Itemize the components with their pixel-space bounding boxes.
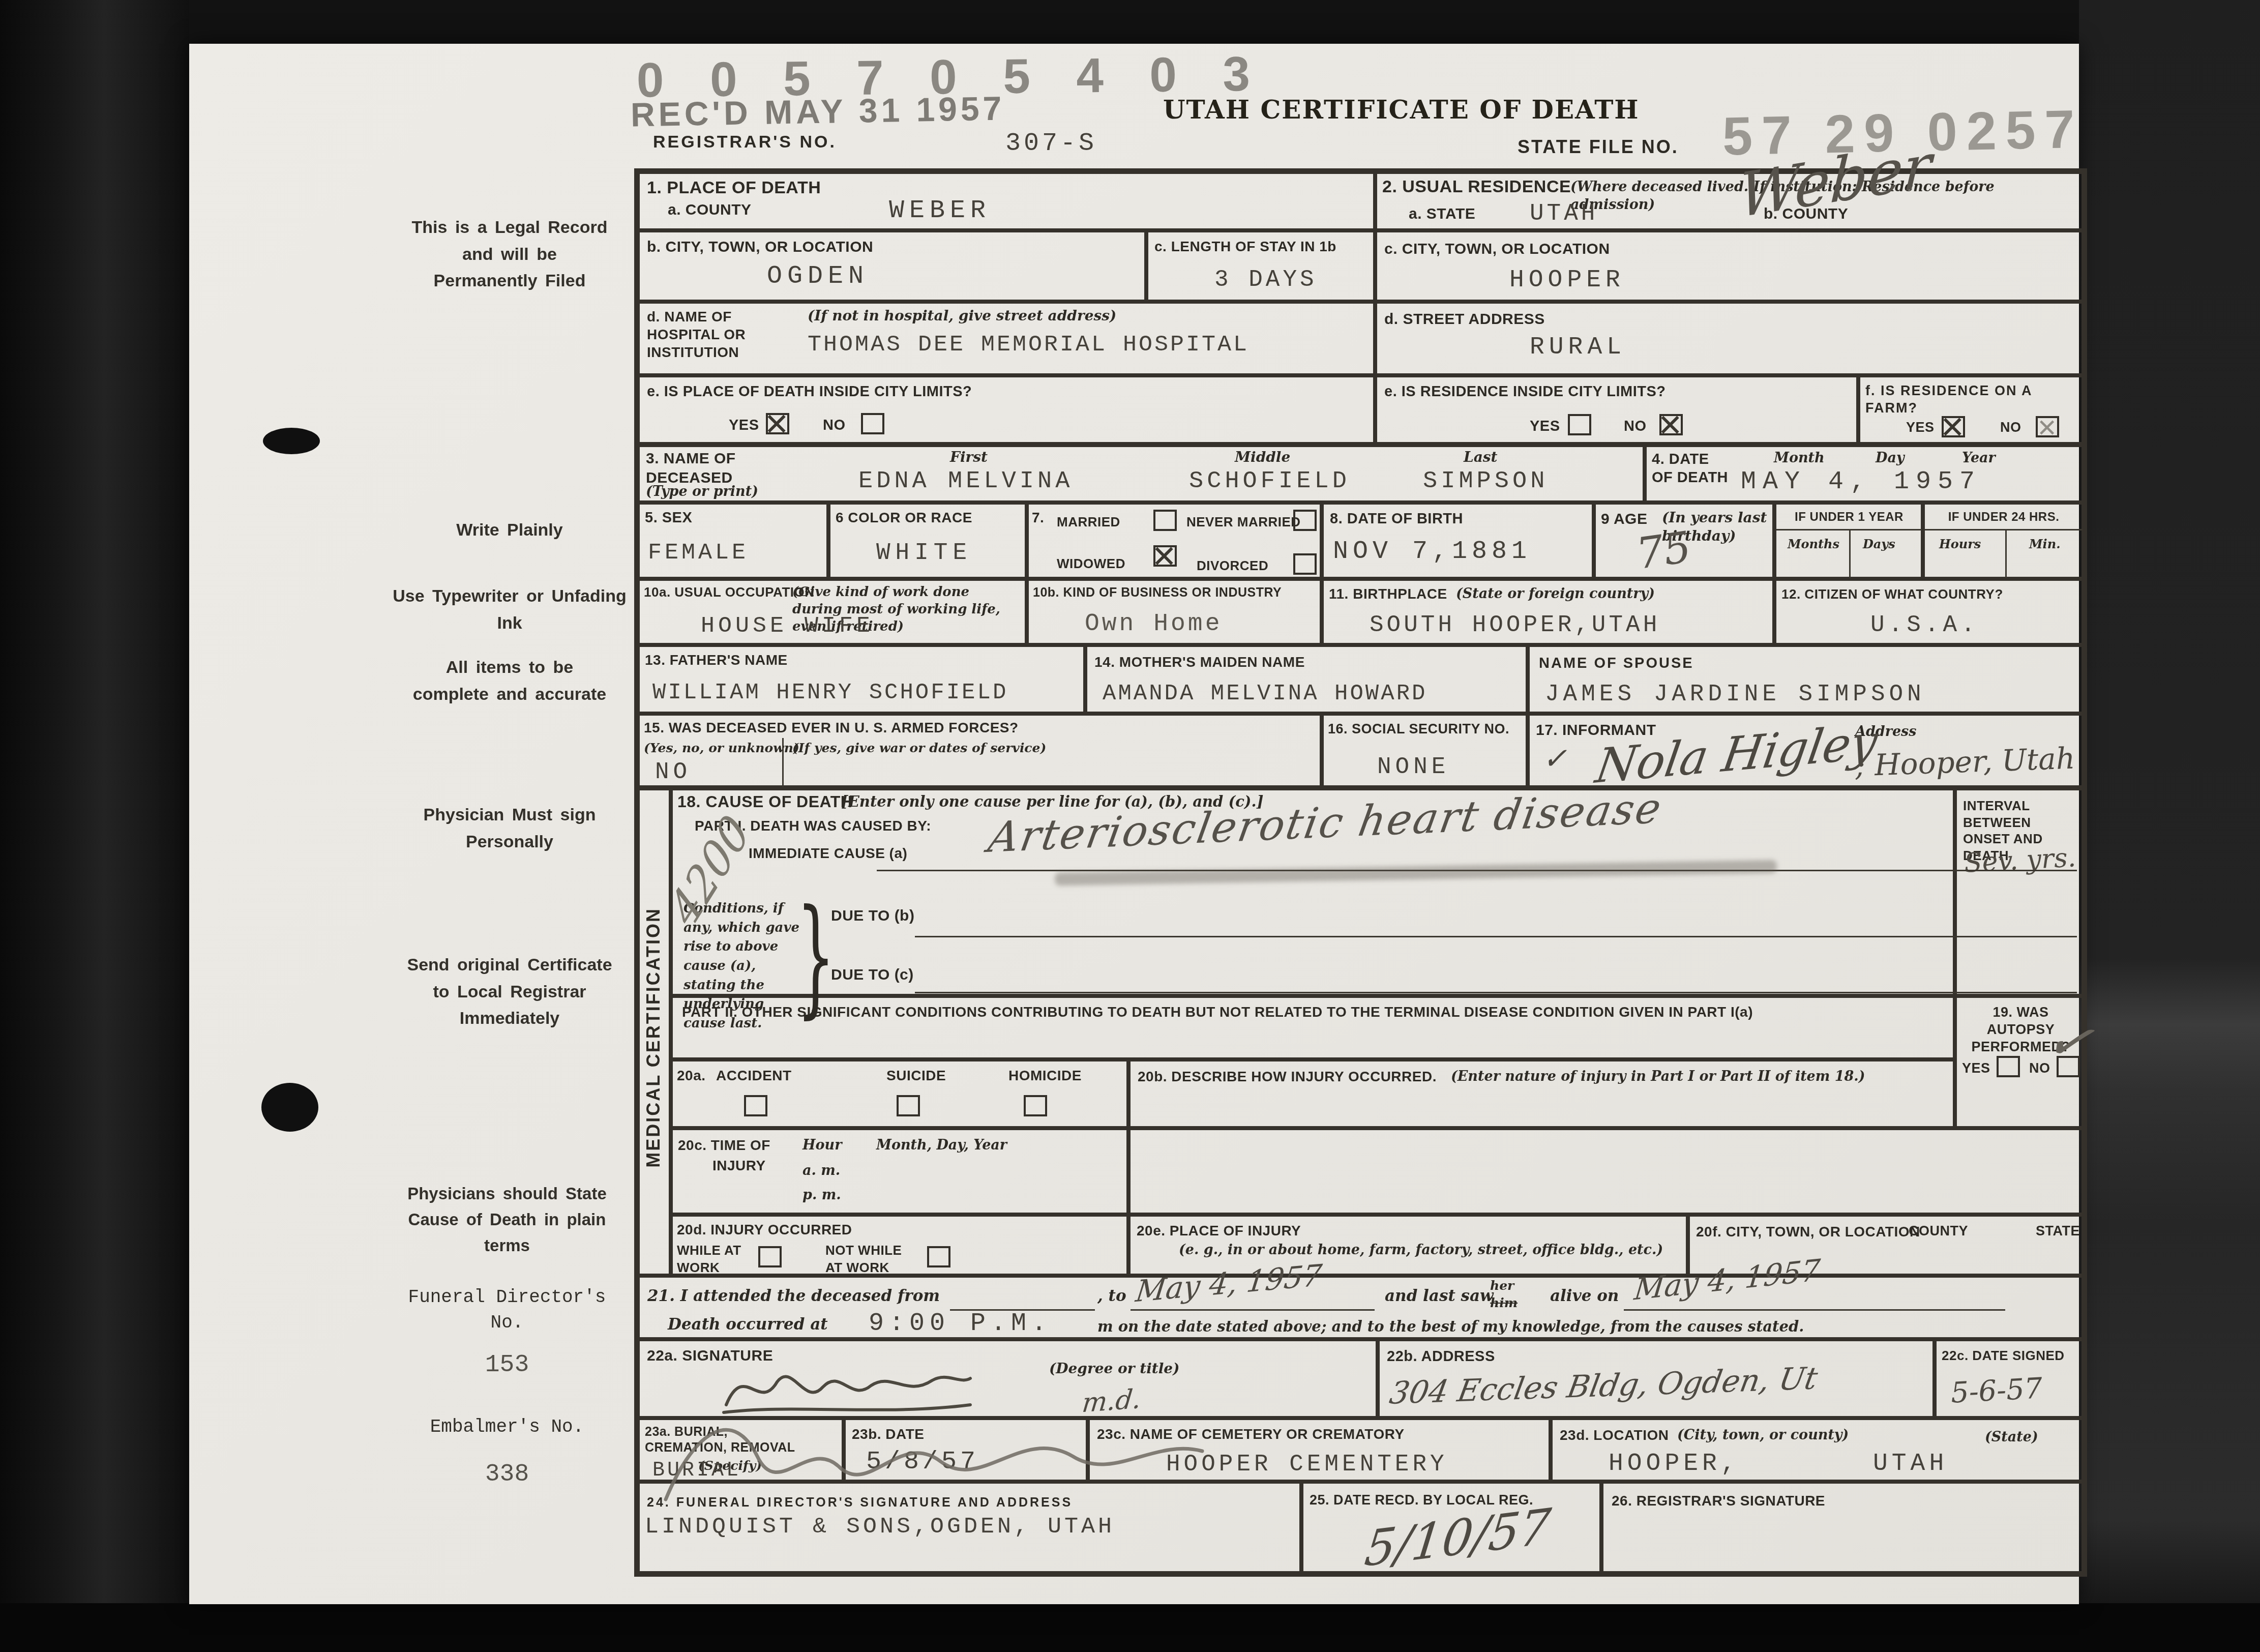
degree-title-header: (Degree or title) [1049,1360,1179,1378]
cell-autopsy: 19. WAS AUTOPSY PERFORMED? YES NO ✓ [1955,996,2084,1128]
cell-burial-location: 23d. LOCATION (City, town, or county) (S… [1551,1418,2084,1482]
ssn-value: NONE [1377,755,1449,779]
cell-part2: PART II. OTHER SIGNIFICANT CONDITIONS CO… [671,996,1955,1059]
length-of-stay-label: c. LENGTH OF STAY IN 1b [1154,238,1373,255]
margin-note-write-plainly: Write Plainly [408,517,611,544]
spouse-label: NAME OF SPOUSE [1539,654,1694,672]
margin-note-plain-terms: Physicians should State Cause of Death i… [385,1181,629,1258]
how-injury-label: 20b. DESCRIBE HOW INJURY OCCURRED. [1138,1068,1437,1085]
cell-sex: 5. SEX FEMALE [638,503,828,579]
suicide-label: SUICIDE [886,1067,946,1084]
name-hint: (Type or print) [646,483,758,500]
place-county-label: a. COUNTY [668,200,752,220]
name-last-header: Last [1464,448,1498,466]
hospital-hint: (If not in hospital, give street address… [808,307,1116,325]
mother-label: 14. MOTHER'S MAIDEN NAME [1094,653,1305,671]
not-while-work-checkbox [927,1246,950,1267]
cell-hospital: d. NAME OF HOSPITAL OR INSTITUTION (If n… [638,302,1375,375]
date-signed-label: 22c. DATE SIGNED [1942,1347,2081,1364]
cell-marital-status: 7. MARRIED NEVER MARRIED WIDOWED DIVORCE… [1027,503,1322,579]
occupation-label: 10a. USUAL OCCUPATION [644,584,815,601]
divorced-checkbox [1293,553,1317,575]
accident-number: 20a. [677,1067,706,1084]
farm-label: f. IS RESIDENCE ON A FARM? [1865,382,2084,417]
punch-hole-top [263,428,320,454]
not-while-label: NOT WHILE [825,1242,902,1259]
days-header: Days [1863,536,1895,552]
cell-medical-strip: MEDICAL CERTIFICATION [638,787,671,1276]
interval-value-handwritten: Sev. yrs. [1964,844,2077,876]
funeral-directors-no-label: Funeral Director's No. [393,1285,621,1336]
farm-yes-label: YES [1906,419,1935,436]
cell-mother: 14. MOTHER'S MAIDEN NAME AMANDA MELVINA … [1085,645,1528,714]
residence-city-label: c. CITY, TOWN, OR LOCATION [1384,240,1610,259]
widowed-checkbox [1153,545,1177,567]
cell-length-of-stay: c. LENGTH OF STAY IN 1b 3 DAYS [1146,230,1375,302]
certificate-paper: This is a Legal Record and will be Perma… [189,44,2079,1604]
cell-registrar-signature: 26. REGISTRAR'S SIGNATURE [1601,1482,2084,1573]
citizen-value: U.S.A. [1870,613,1979,637]
punch-hole-bottom [261,1083,318,1132]
name-last-value: SIMPSON [1423,469,1548,493]
dod-day-header: Day [1876,449,1905,467]
injury-city-label: 20f. CITY, TOWN, OR LOCATION [1696,1223,1920,1241]
pm-label: p. m. [802,1186,841,1204]
injury-occurred-label: 20d. INJURY OCCURRED [677,1221,852,1238]
attended-text-4: alive on [1550,1286,1619,1306]
hours-header: Hours [1939,536,1981,552]
cell-place-city-limits: e. IS PLACE OF DEATH INSIDE CITY LIMITS?… [638,375,1375,444]
date-signed-handwritten: 5-6-57 [1950,1374,2043,1407]
cause-of-death-label: 18. CAUSE OF DEATH [677,791,852,812]
attended-her: her [1490,1278,1514,1294]
birthplace-hint: (State or foreign country) [1456,585,1655,603]
margin-note-physician-sign: Physician Must sign Personally [408,802,611,855]
suicide-checkbox [897,1095,920,1116]
date-received-handwritten: 5/10/57 [1362,1502,1553,1575]
industry-label: 10b. KIND OF BUSINESS OR INDUSTRY [1033,585,1318,601]
state-file-no-label: STATE FILE NO. [1518,135,1679,158]
cell-date-signed: 22c. DATE SIGNED 5-6-57 [1935,1339,2084,1418]
mdy-header: Month, Day, Year [876,1136,1007,1154]
cell-place-city: b. CITY, TOWN, OR LOCATION OGDEN [638,230,1146,302]
homicide-checkbox [1024,1095,1047,1116]
married-label: MARRIED [1057,514,1120,530]
informant-address-handwritten: ; Hooper, Utah [1855,743,2075,780]
place-limits-label: e. IS PLACE OF DEATH INSIDE CITY LIMITS? [647,382,972,401]
forces-label: 15. WAS DECEASED EVER IN U. S. ARMED FOR… [644,719,1019,736]
cell-ssn: 16. SOCIAL SECURITY NO. NONE [1322,714,1528,787]
never-married-label: NEVER MARRIED [1186,514,1301,530]
homicide-label: HOMICIDE [1008,1067,1082,1084]
cell-armed-forces: 15. WAS DECEASED EVER IN U. S. ARMED FOR… [638,714,1322,787]
dod-label: 4. DATE OF DEATH [1652,450,1733,487]
age-label: 9 AGE [1601,510,1647,529]
certificate-title: UTAH CERTIFICATE OF DEATH [1163,95,1640,125]
burial-state-value: UTAH [1873,1452,1948,1476]
never-married-checkbox [1293,510,1317,531]
place-city-label: b. CITY, TOWN, OR LOCATION [647,238,873,257]
sex-label: 5. SEX [645,509,692,527]
am-label: a. m. [802,1162,840,1179]
spouse-value: JAMES JARDINE SIMPSON [1545,683,1925,706]
how-injury-hint: (Enter nature of injury in Part I or Par… [1451,1068,1865,1085]
embalmers-no-value: 338 [393,1458,621,1492]
scan-background-bottom [0,1603,2260,1652]
cell-20b: 20b. DESCRIBE HOW INJURY OCCURRED. (Ente… [1128,1059,1955,1128]
race-label: 6 COLOR OR RACE [836,509,972,526]
dod-value: MAY 4, 1957 [1741,469,1981,495]
widowed-label: WIDOWED [1057,555,1125,572]
cell-20e: 20e. PLACE OF INJURY (e. g., in or about… [1128,1215,1688,1276]
attended-text-3: and last saw [1385,1286,1494,1306]
place-limits-yes-label: YES [729,416,759,434]
citizen-label: 12. CITIZEN OF WHAT COUNTRY? [1781,586,2081,603]
scan-background-left [0,0,189,1652]
divorced-label: DIVORCED [1197,557,1268,574]
birthplace-label: 11. BIRTHPLACE [1329,585,1447,603]
race-value: WHITE [876,541,972,565]
funeral-directors-no-value: 153 [393,1348,621,1382]
physician-address-label: 22b. ADDRESS [1387,1347,1495,1366]
cell-race: 6 COLOR OR RACE WHITE [828,503,1027,579]
margin-note-send-original: Send original Certificate to Local Regis… [403,952,616,1032]
under-24-hrs-header: IF UNDER 24 HRS. [1925,510,2083,525]
cell-place-of-death: 1. PLACE OF DEATH a. COUNTY WEBER [638,172,1375,230]
name-first-value: EDNA MELVINA [858,469,1073,493]
registrar-signature-label: 26. REGISTRAR'S SIGNATURE [1612,1492,1825,1510]
medical-certification-label: MEDICAL CERTIFICATION [643,907,664,1168]
cell-physician-address: 22b. ADDRESS 304 Eccles Bldg, Ogden, Ut [1378,1339,1935,1418]
cell-father: 13. FATHER'S NAME WILLIAM HENRY SCHOFIEL… [638,645,1085,714]
margin-note-use-typewriter: Use Typewriter or Unfading Ink [393,583,627,636]
not-while-work-label: AT WORK [825,1259,889,1276]
cell-attended: 21. I attended the deceased from , to Ma… [638,1276,2084,1339]
immediate-cause-label: IMMEDIATE CAUSE (a) [749,844,907,862]
place-city-value: OGDEN [767,264,869,289]
res-limits-no-checkbox [1659,414,1683,435]
dob-label: 8. DATE OF BIRTH [1330,510,1463,528]
cell-farm: f. IS RESIDENCE ON A FARM? YES NO [1858,375,2084,444]
res-limits-yes-label: YES [1530,417,1560,435]
cell-date-of-death: 4. DATE OF DEATH Month Day Year MAY 4, 1… [1645,444,2084,503]
while-work-label: WORK [677,1259,720,1276]
place-limits-no-checkbox [861,413,884,434]
accident-label: ACCIDENT [716,1067,792,1084]
dob-value: NOV 7,1881 [1333,539,1531,565]
residence-state-label: a. STATE [1409,204,1475,224]
part2-label: PART II. OTHER SIGNIFICANT CONDITIONS CO… [682,1003,1948,1021]
res-limits-label: e. IS RESIDENCE INSIDE CITY LIMITS? [1384,382,1666,401]
certificate-form: 1. PLACE OF DEATH a. COUNTY WEBER 2. USU… [634,168,2087,1577]
cell-20c: 20c. TIME OF INJURY Hour Month, Day, Yea… [671,1128,1128,1215]
place-county-value: WEBER [889,198,991,224]
received-date-stamp: REC'D MAY 31 1957 [630,92,1005,132]
time-injury-label: 20c. TIME OF [678,1136,770,1154]
cell-usual-residence: 2. USUAL RESIDENCE (Where deceased lived… [1375,172,2084,230]
while-work-checkbox [758,1246,782,1267]
burial-location-label: 23d. LOCATION [1560,1426,1669,1444]
name-middle-value: SCHOFIELD [1189,469,1350,493]
accident-checkbox [744,1095,767,1116]
ssn-label: 16. SOCIAL SECURITY NO. [1328,721,1526,738]
residence-city-value: HOOPER [1509,268,1625,292]
father-value: WILLIAM HENRY SCHOFIELD [652,682,1008,704]
place-limits-yes-checkbox [766,413,789,434]
street-address-value: RURAL [1530,335,1626,360]
death-occurred-rest: m on the date stated above; and to the b… [1097,1317,1804,1337]
funeral-director-signature-scrawl [653,1390,1212,1522]
place-injury-label: 20e. PLACE OF INJURY [1137,1222,1301,1240]
industry-value: Own Home [1085,610,1222,638]
hour-header: Hour [802,1136,842,1154]
injury-county-header: COUNTY [1909,1223,1968,1240]
injury-state-header: STATE [2036,1223,2080,1240]
hospital-label: d. NAME OF HOSPITAL OR INSTITUTION [647,308,799,361]
cell-20c-rest [1128,1128,2084,1215]
name-label: 3. NAME OF DECEASED [646,449,778,487]
residence-state-value: UTAH [1530,202,1598,225]
margin-note-all-items: All items to be complete and accurate [408,654,611,707]
cell-age: 9 AGE (In years last birthday) 75 [1594,503,1774,579]
place-of-death-title: 1. PLACE OF DEATH [647,177,821,199]
place-limits-no-label: NO [823,416,846,434]
length-of-stay-value: 3 DAYS [1214,268,1317,291]
registrars-no-label: REGISTRAR'S NO. [653,131,837,153]
name-middle-header: Middle [1235,448,1290,466]
burial-location-hint: (City, town, or county) [1677,1426,1849,1444]
father-label: 13. FATHER'S NAME [645,651,788,669]
dod-year-header: Year [1962,449,1996,467]
cell-under-1-year: IF UNDER 1 YEAR Months Days [1774,503,1923,579]
death-occurred-label: Death occurred at [668,1314,828,1335]
cell-20d: 20d. INJURY OCCURRED WHILE AT WORK NOT W… [671,1215,1128,1276]
forces-hint1: (Yes, no, or unknown) [644,740,799,757]
due-to-b-label: DUE TO (b) [831,906,914,926]
birthplace-value: SOUTH HOOPER,UTAH [1370,613,1660,637]
cell-spouse: NAME OF SPOUSE JAMES JARDINE SIMPSON [1528,645,2084,714]
date-received-label: 25. DATE RECD. BY LOCAL REG. [1310,1492,1599,1509]
death-time-value: 9:00 P.M. [869,1311,1052,1337]
marital-number: 7. [1032,509,1044,526]
cell-name-of-deceased: 3. NAME OF DECEASED (Type or print) Firs… [638,444,1645,503]
sex-value: FEMALE [648,541,749,564]
cell-date-received: 25. DATE RECD. BY LOCAL REG. 5/10/57 [1301,1482,1601,1573]
due-to-c-label: DUE TO (c) [831,965,914,985]
farm-no-checkbox [2036,416,2059,437]
cell-20a: 20a. ACCIDENT SUICIDE HOMICIDE [671,1059,1128,1128]
cell-industry: 10b. KIND OF BUSINESS OR INDUSTRY Own Ho… [1027,579,1322,645]
mother-value: AMANDA MELVINA HOWARD [1103,683,1428,705]
cell-occupation: 10a. USUAL OCCUPATION (Give kind of work… [638,579,1027,645]
margin-note-legal-record: This is a Legal Record and will be Perma… [408,214,611,294]
married-checkbox [1153,510,1177,531]
conditions-brace: } [796,883,835,1031]
scanned-death-certificate: { "common": { "yes": "YES", "no": "NO" }… [0,0,2260,1652]
burial-city-value: HOOPER, [1609,1452,1740,1476]
cell-under-24-hrs: IF UNDER 24 HRS. Hours Min. [1923,503,2084,579]
cell-citizen: 12. CITIZEN OF WHAT COUNTRY? U.S.A. [1774,579,2084,645]
under-1-year-header: IF UNDER 1 YEAR [1776,510,1922,525]
occupation-value: HOUSE WIFE [701,614,874,637]
street-address-label: d. STREET ADDRESS [1384,310,1545,329]
farm-no-label: NO [2000,419,2021,436]
dod-month-header: Month [1774,449,1825,467]
scan-background-right [2079,0,2260,1652]
res-limits-no-label: NO [1624,417,1647,435]
attended-him-struck: him [1490,1295,1518,1312]
min-header: Min. [2029,536,2061,552]
while-at-label: WHILE AT [677,1242,741,1259]
cell-res-city-limits: e. IS RESIDENCE INSIDE CITY LIMITS? YES … [1375,375,1858,444]
cell-informant: 17. INFORMANT Address ✓ Nola Higley ; Ho… [1528,714,2084,787]
cell-birthplace: 11. BIRTHPLACE (State or foreign country… [1322,579,1774,645]
embalmers-no-label: Embalmer's No. [393,1414,621,1440]
physician-address-handwritten: 304 Eccles Bldg, Ogden, Ut [1387,1363,1820,1409]
time-injury-label2: INJURY [712,1157,766,1174]
usual-residence-title: 2. USUAL RESIDENCE [1382,176,1571,198]
farm-yes-checkbox [1942,416,1965,437]
attended-text-1: 21. I attended the deceased from [647,1286,940,1306]
place-injury-hint: (e. g., in or about home, farm, factory,… [1179,1241,1667,1259]
forces-hint2: (If yes, give war or dates of service) [792,740,1046,757]
months-header: Months [1788,536,1839,552]
cell-residence-city: c. CITY, TOWN, OR LOCATION HOOPER [1375,230,2084,302]
autopsy-yes-checkbox [1997,1056,2020,1077]
name-first-header: First [950,448,988,466]
attended-text-2: , to [1097,1286,1126,1306]
informant-checkmark: ✓ [1542,744,1567,773]
autopsy-yes-label: YES [1962,1060,1990,1077]
registrars-no-value: 307-S [1005,131,1097,157]
cell-interval: INTERVAL BETWEEN ONSET AND DEATH Sev. yr… [1955,787,2084,996]
burial-state-hint: (State) [1985,1428,2038,1446]
hospital-value: THOMAS DEE MEMORIAL HOSPITAL [808,333,1249,356]
cell-date-of-birth: 8. DATE OF BIRTH NOV 7,1881 [1322,503,1594,579]
forces-value: NO [655,760,691,784]
scan-background-top [0,0,2260,46]
age-value-handwritten: 75 [1634,525,1694,575]
cell-street-address: d. STREET ADDRESS RURAL [1375,302,2084,375]
res-limits-yes-checkbox [1568,414,1591,435]
